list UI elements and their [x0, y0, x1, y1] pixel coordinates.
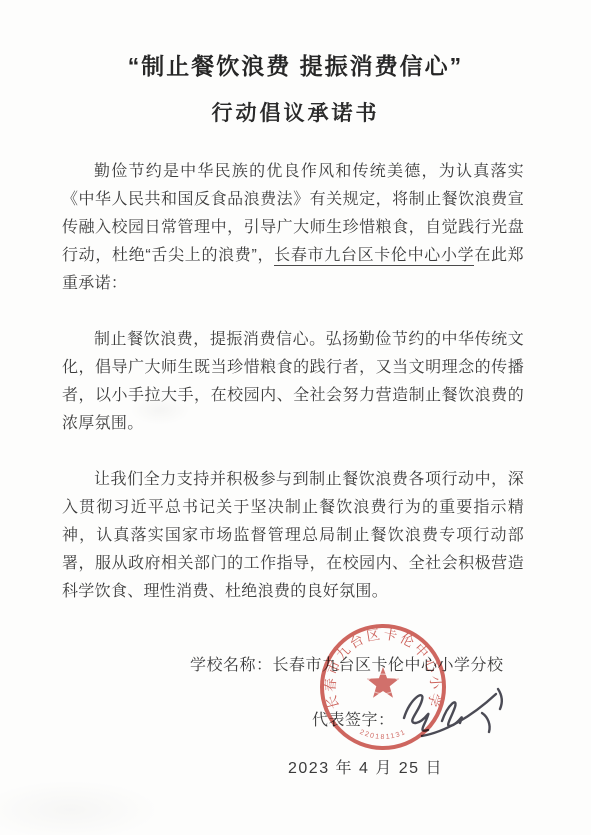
school-name-underlined: 长春市九台区卡伦中心小学: [274, 247, 474, 266]
document-page: “制止餐饮浪费 提振消费信心” 行动倡议承诺书 勤俭节约是中华民族的优良作风和传…: [0, 0, 591, 835]
school-name-value: 长春市九台区卡伦中心小学分校: [273, 657, 504, 674]
school-name-label: 学校名称：: [190, 657, 273, 674]
signature-stroke: [442, 702, 462, 726]
school-name-line: 学校名称：长春市九台区卡伦中心小学分校: [190, 652, 504, 675]
representative-sign-line: 代表签字：: [312, 707, 395, 730]
signature-stroke: [498, 689, 502, 709]
scan-artifact: [0, 780, 160, 835]
paragraph-2: 制止餐饮浪费，提振消费信心。弘扬勤俭节约的中华传统文化，倡导广大师生既当珍惜粮食…: [62, 326, 524, 438]
seal-star-moire: [369, 688, 397, 694]
document-title: “制止餐饮浪费 提振消费信心”: [0, 48, 591, 81]
date-line: 2023 年 4 月 25 日: [288, 755, 443, 778]
document-body: 勤俭节约是中华民族的优良作风和传统美德，为认真落实《中华人民共和国反食品浪费法》…: [62, 158, 524, 606]
handwritten-signature: [394, 682, 512, 754]
seal-serial-number: 220181131: [358, 729, 407, 741]
signature-stroke: [482, 713, 490, 732]
paragraph-3: 让我们全力支持并积极参与到制止餐饮浪费各项行动中，深入贯彻习近平总书记关于坚决制…: [62, 466, 524, 606]
school-seal: 长春市九台区卡伦中心小学 220181131: [316, 620, 450, 754]
signature-stroke: [404, 695, 428, 730]
document-subtitle: 行动倡议承诺书: [0, 97, 591, 127]
sign-label: 代表签字：: [312, 712, 395, 729]
signature-stroke: [422, 694, 496, 736]
paragraph-1: 勤俭节约是中华民族的优良作风和传统美德，为认真落实《中华人民共和国反食品浪费法》…: [62, 158, 524, 298]
